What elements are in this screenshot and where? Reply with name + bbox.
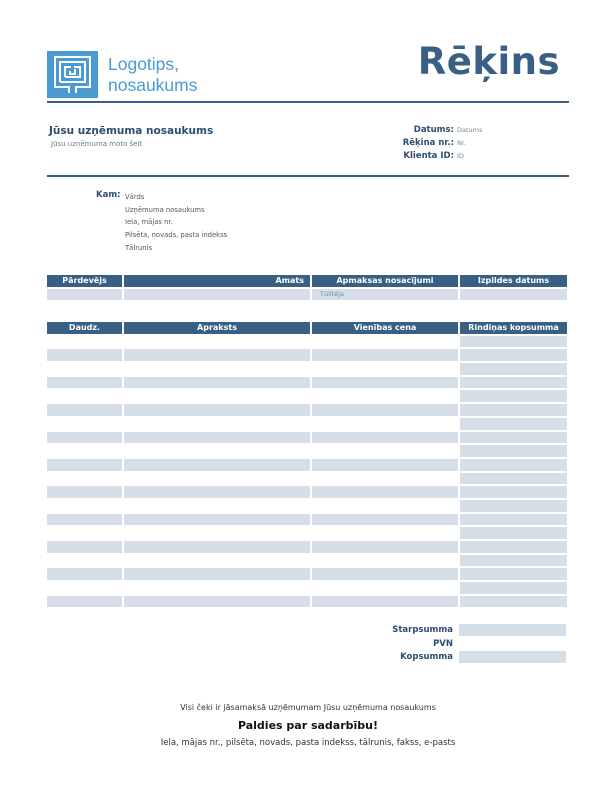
table-row — [47, 418, 569, 432]
cell-description[interactable] — [124, 377, 310, 389]
cell-due-date[interactable] — [460, 289, 567, 301]
cell-description[interactable] — [124, 555, 310, 567]
payable-note: Visi čeki ir jāsamaksā uzņēmumam Jūsu uz… — [0, 703, 616, 712]
cell-description[interactable] — [124, 486, 310, 498]
cell-unit-price[interactable] — [312, 432, 458, 444]
divider-middle — [47, 175, 569, 177]
table-row — [47, 527, 569, 541]
cell-description[interactable] — [124, 349, 310, 361]
cell-line-total[interactable] — [460, 336, 567, 348]
cell-description[interactable] — [124, 568, 310, 580]
logo-text-line1: Logotips, — [108, 54, 198, 75]
cell-line-total[interactable] — [460, 418, 567, 430]
recipient-phone[interactable]: Tālrunis — [125, 243, 227, 256]
recipient-street[interactable]: Iela, mājas nr. — [125, 217, 227, 230]
cell-line-total[interactable] — [460, 514, 567, 526]
cell-quantity[interactable] — [47, 527, 122, 539]
header-payment-terms: Apmaksas nosacījumi — [312, 275, 458, 287]
cell-description[interactable] — [124, 500, 310, 512]
totals: Starpsumma PVN Kopsumma — [360, 624, 569, 665]
cell-line-total[interactable] — [460, 596, 567, 608]
total-row: Kopsumma — [360, 651, 569, 665]
cell-line-total[interactable] — [460, 404, 567, 416]
table-row — [47, 445, 569, 459]
cell-quantity[interactable] — [47, 390, 122, 402]
table-row — [47, 404, 569, 418]
cell-quantity[interactable] — [47, 500, 122, 512]
cell-line-total[interactable] — [460, 473, 567, 485]
meta-date-value[interactable]: Datums — [457, 126, 482, 134]
meta-invoice-number-label: Rēķina nr.: — [380, 138, 457, 148]
table-row — [47, 377, 569, 391]
total-value[interactable] — [459, 651, 566, 663]
cell-unit-price[interactable] — [312, 390, 458, 402]
table-row — [47, 568, 569, 582]
cell-line-total[interactable] — [460, 568, 567, 580]
sales-table: Pārdevējs Amats Apmaksas nosacījumi Izpi… — [47, 275, 569, 302]
cell-description[interactable] — [124, 514, 310, 526]
cell-description[interactable] — [124, 363, 310, 375]
header-due-date: Izpildes datums — [460, 275, 567, 287]
cell-quantity[interactable] — [47, 445, 122, 457]
meta-invoice-number: Rēķina nr.: Nr. — [380, 138, 580, 151]
logo-icon — [47, 51, 98, 98]
meta-client-id: Klienta ID: ID — [380, 151, 580, 164]
meta-client-id-label: Klienta ID: — [380, 151, 457, 161]
recipient-city[interactable]: Pilsēta, novads, pasta indekss — [125, 230, 227, 243]
cell-quantity[interactable] — [47, 432, 122, 444]
items-table-body — [47, 336, 569, 610]
invoice-meta: Datums: Datums Rēķina nr.: Nr. Klienta I… — [380, 125, 580, 164]
cell-quantity[interactable] — [47, 555, 122, 567]
logo-text-line2: nosaukums — [108, 75, 198, 96]
recipient-company[interactable]: Uzņēmuma nosaukums — [125, 205, 227, 218]
sales-table-row: Tūlītēja — [47, 289, 569, 303]
cell-unit-price[interactable] — [312, 500, 458, 512]
cell-unit-price[interactable] — [312, 377, 458, 389]
table-row — [47, 500, 569, 514]
table-row — [47, 514, 569, 528]
vat-row: PVN — [360, 638, 569, 652]
table-row — [47, 582, 569, 596]
table-row — [47, 336, 569, 350]
header-job: Amats — [124, 275, 310, 287]
vat-value[interactable] — [459, 638, 566, 650]
divider-top — [47, 101, 569, 103]
header-quantity: Daudz. — [47, 322, 122, 334]
cell-quantity[interactable] — [47, 404, 122, 416]
header-line-total: Rindiņas kopsumma — [460, 322, 567, 334]
subtotal-label: Starpsumma — [360, 624, 457, 638]
cell-line-total[interactable] — [460, 349, 567, 361]
table-row — [47, 349, 569, 363]
company-address: Iela, mājas nr., pilsēta, novads, pasta … — [0, 738, 616, 748]
cell-unit-price[interactable] — [312, 404, 458, 416]
cell-quantity[interactable] — [47, 514, 122, 526]
cell-line-total[interactable] — [460, 432, 567, 444]
cell-line-total[interactable] — [460, 377, 567, 389]
cell-line-total[interactable] — [460, 555, 567, 567]
cell-quantity[interactable] — [47, 568, 122, 580]
cell-quantity[interactable] — [47, 363, 122, 375]
cell-description[interactable] — [124, 582, 310, 594]
cell-payment-terms[interactable]: Tūlītēja — [312, 289, 458, 301]
cell-unit-price[interactable] — [312, 486, 458, 498]
cell-description[interactable] — [124, 404, 310, 416]
cell-quantity[interactable] — [47, 336, 122, 348]
invoice-title: Rēķins — [410, 40, 560, 83]
header-salesperson: Pārdevējs — [47, 275, 122, 287]
cell-line-total[interactable] — [460, 541, 567, 553]
cell-description[interactable] — [124, 473, 310, 485]
cell-salesperson[interactable] — [47, 289, 122, 301]
cell-description[interactable] — [124, 596, 310, 608]
cell-line-total[interactable] — [460, 363, 567, 375]
cell-unit-price[interactable] — [312, 514, 458, 526]
cell-quantity[interactable] — [47, 582, 122, 594]
cell-unit-price[interactable] — [312, 418, 458, 430]
vat-label: PVN — [360, 638, 457, 652]
logo-placeholder-text: Logotips, nosaukums — [108, 54, 198, 96]
table-row — [47, 473, 569, 487]
cell-unit-price[interactable] — [312, 568, 458, 580]
recipient-label: Kam: — [96, 190, 121, 200]
cell-quantity[interactable] — [47, 486, 122, 498]
sales-table-header: Pārdevējs Amats Apmaksas nosacījumi Izpi… — [47, 275, 569, 289]
cell-line-total[interactable] — [460, 390, 567, 402]
thank-you-message: Paldies par sadarbību! — [0, 719, 616, 732]
cell-description[interactable] — [124, 459, 310, 471]
cell-line-total[interactable] — [460, 445, 567, 457]
subtotal-value[interactable] — [459, 624, 566, 636]
cell-unit-price[interactable] — [312, 555, 458, 567]
meta-date-label: Datums: — [380, 125, 457, 135]
cell-quantity[interactable] — [47, 596, 122, 608]
header-description: Apraksts — [124, 322, 310, 334]
cell-description[interactable] — [124, 541, 310, 553]
company-name: Jūsu uzņēmuma nosaukums — [49, 125, 213, 137]
cell-line-total[interactable] — [460, 582, 567, 594]
cell-line-total[interactable] — [460, 500, 567, 512]
cell-unit-price[interactable] — [312, 336, 458, 348]
table-row — [47, 363, 569, 377]
cell-unit-price[interactable] — [312, 541, 458, 553]
items-table: Daudz. Apraksts Vienības cena Rindiņas k… — [47, 322, 569, 609]
cell-line-total[interactable] — [460, 527, 567, 539]
cell-quantity[interactable] — [47, 377, 122, 389]
cell-unit-price[interactable] — [312, 459, 458, 471]
table-row — [47, 390, 569, 404]
table-row — [47, 555, 569, 569]
cell-job[interactable] — [124, 289, 310, 301]
cell-unit-price[interactable] — [312, 349, 458, 361]
cell-unit-price[interactable] — [312, 445, 458, 457]
cell-description[interactable] — [124, 418, 310, 430]
table-row — [47, 459, 569, 473]
cell-unit-price[interactable] — [312, 363, 458, 375]
table-row — [47, 596, 569, 610]
meta-invoice-number-value[interactable]: Nr. — [457, 139, 466, 147]
company-motto: Jūsu uzņēmuma moto šeit — [51, 140, 142, 148]
cell-unit-price[interactable] — [312, 596, 458, 608]
cell-description[interactable] — [124, 432, 310, 444]
cell-unit-price[interactable] — [312, 527, 458, 539]
meta-client-id-value[interactable]: ID — [457, 152, 464, 160]
table-row — [47, 541, 569, 555]
cell-line-total[interactable] — [460, 459, 567, 471]
cell-unit-price[interactable] — [312, 582, 458, 594]
cell-description[interactable] — [124, 445, 310, 457]
cell-quantity[interactable] — [47, 541, 122, 553]
recipient-name[interactable]: Vārds — [125, 192, 227, 205]
cell-quantity[interactable] — [47, 418, 122, 430]
cell-description[interactable] — [124, 336, 310, 348]
cell-quantity[interactable] — [47, 473, 122, 485]
header-unit-price: Vienības cena — [312, 322, 458, 334]
cell-quantity[interactable] — [47, 349, 122, 361]
total-label: Kopsumma — [360, 651, 457, 665]
cell-description[interactable] — [124, 390, 310, 402]
subtotal-row: Starpsumma — [360, 624, 569, 638]
meta-date: Datums: Datums — [380, 125, 580, 138]
cell-line-total[interactable] — [460, 486, 567, 498]
cell-description[interactable] — [124, 527, 310, 539]
recipient-address: Vārds Uzņēmuma nosaukums Iela, mājas nr.… — [125, 192, 227, 255]
items-table-header: Daudz. Apraksts Vienības cena Rindiņas k… — [47, 322, 569, 336]
table-row — [47, 432, 569, 446]
cell-quantity[interactable] — [47, 459, 122, 471]
table-row — [47, 486, 569, 500]
cell-unit-price[interactable] — [312, 473, 458, 485]
